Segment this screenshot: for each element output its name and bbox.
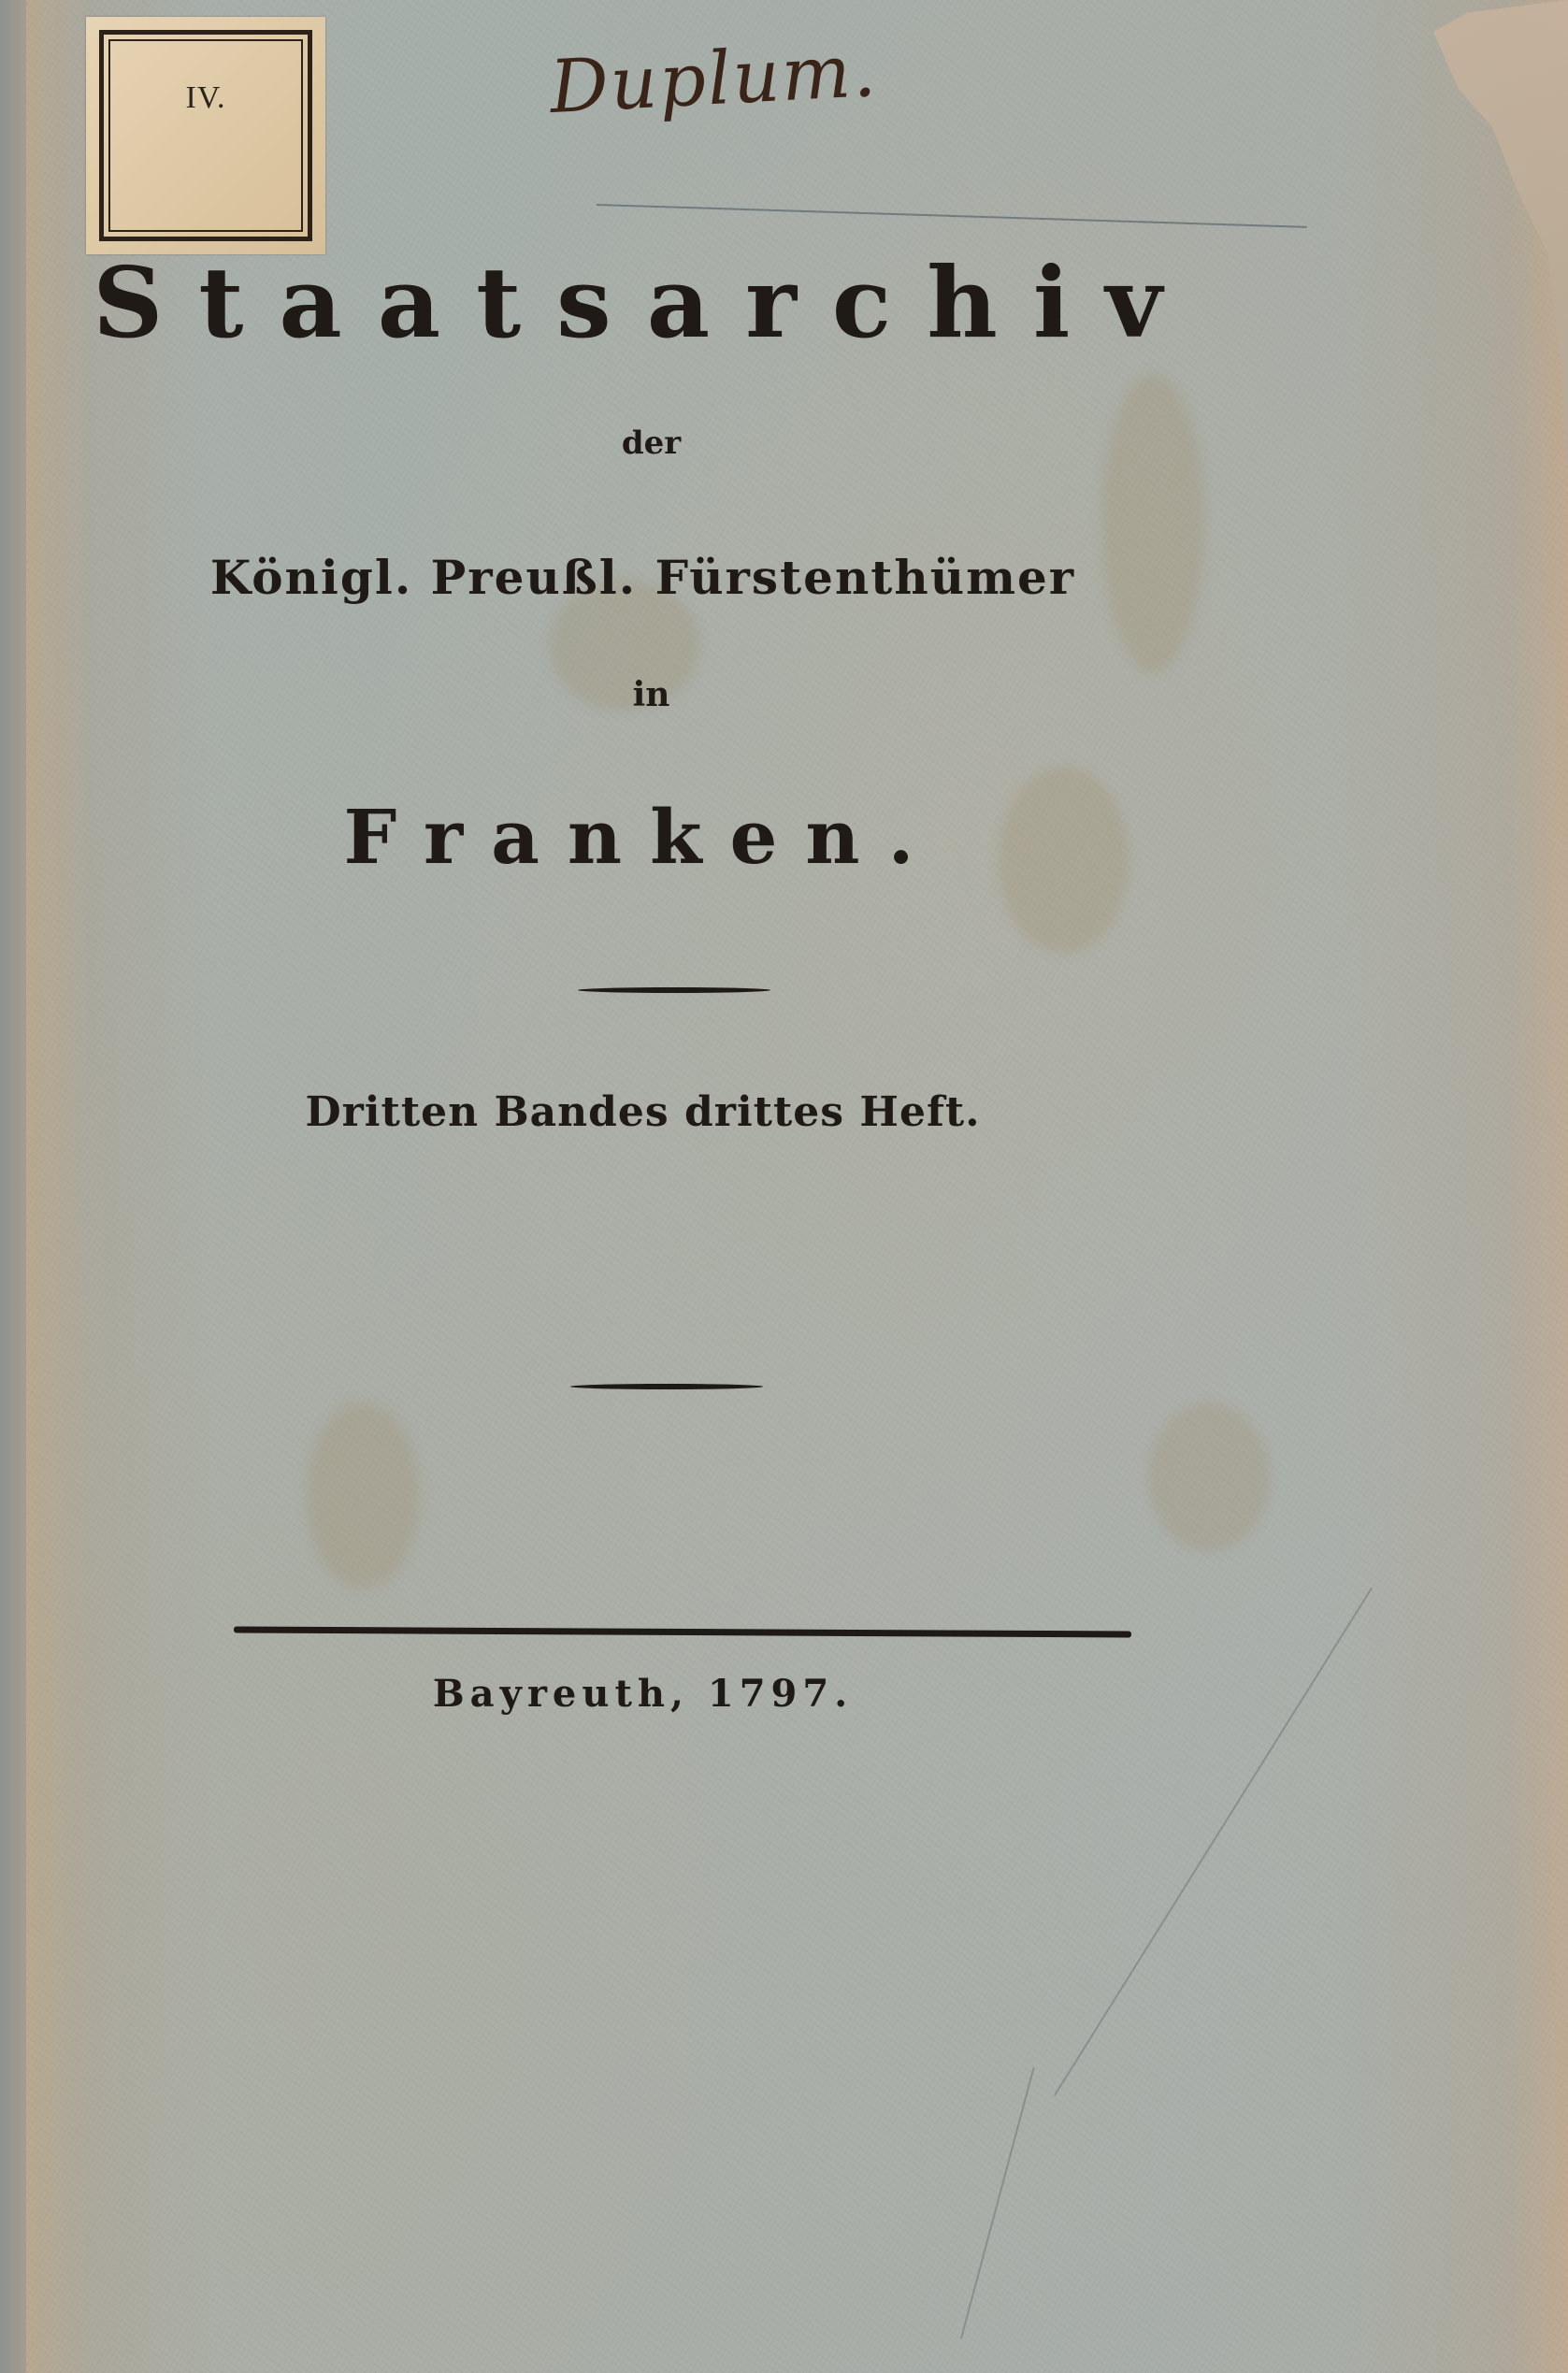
water-stain	[307, 1402, 419, 1589]
divider-rule	[570, 1384, 763, 1389]
title-territories: Königl. Preußl. Fürstenthümer	[0, 550, 1568, 605]
water-stain	[1148, 1402, 1270, 1552]
paper-crease	[960, 2067, 1035, 2338]
imprint-rule	[234, 1626, 1131, 1637]
title-main: Staatsarchiv	[0, 245, 1568, 360]
imprint: Bayreuth, 1797.	[0, 1672, 1568, 1716]
divider-rule	[578, 987, 770, 993]
title-page: IV. Duplum. Staatsarchiv der Königl. Pre…	[26, 0, 1568, 2373]
paper-crease	[1054, 1588, 1373, 2096]
title-der: der	[0, 424, 1568, 462]
title-in: in	[0, 675, 1568, 714]
handwritten-note: Duplum.	[548, 29, 880, 130]
pencil-line	[597, 204, 1307, 228]
volume-issue: Dritten Bandes drittes Heft.	[0, 1088, 1568, 1136]
label-border-inner	[108, 39, 303, 232]
shelf-label: IV.	[86, 17, 325, 254]
shelf-number: IV.	[86, 80, 325, 116]
water-stain	[1101, 374, 1204, 673]
title-region: Franken.	[0, 793, 1568, 881]
